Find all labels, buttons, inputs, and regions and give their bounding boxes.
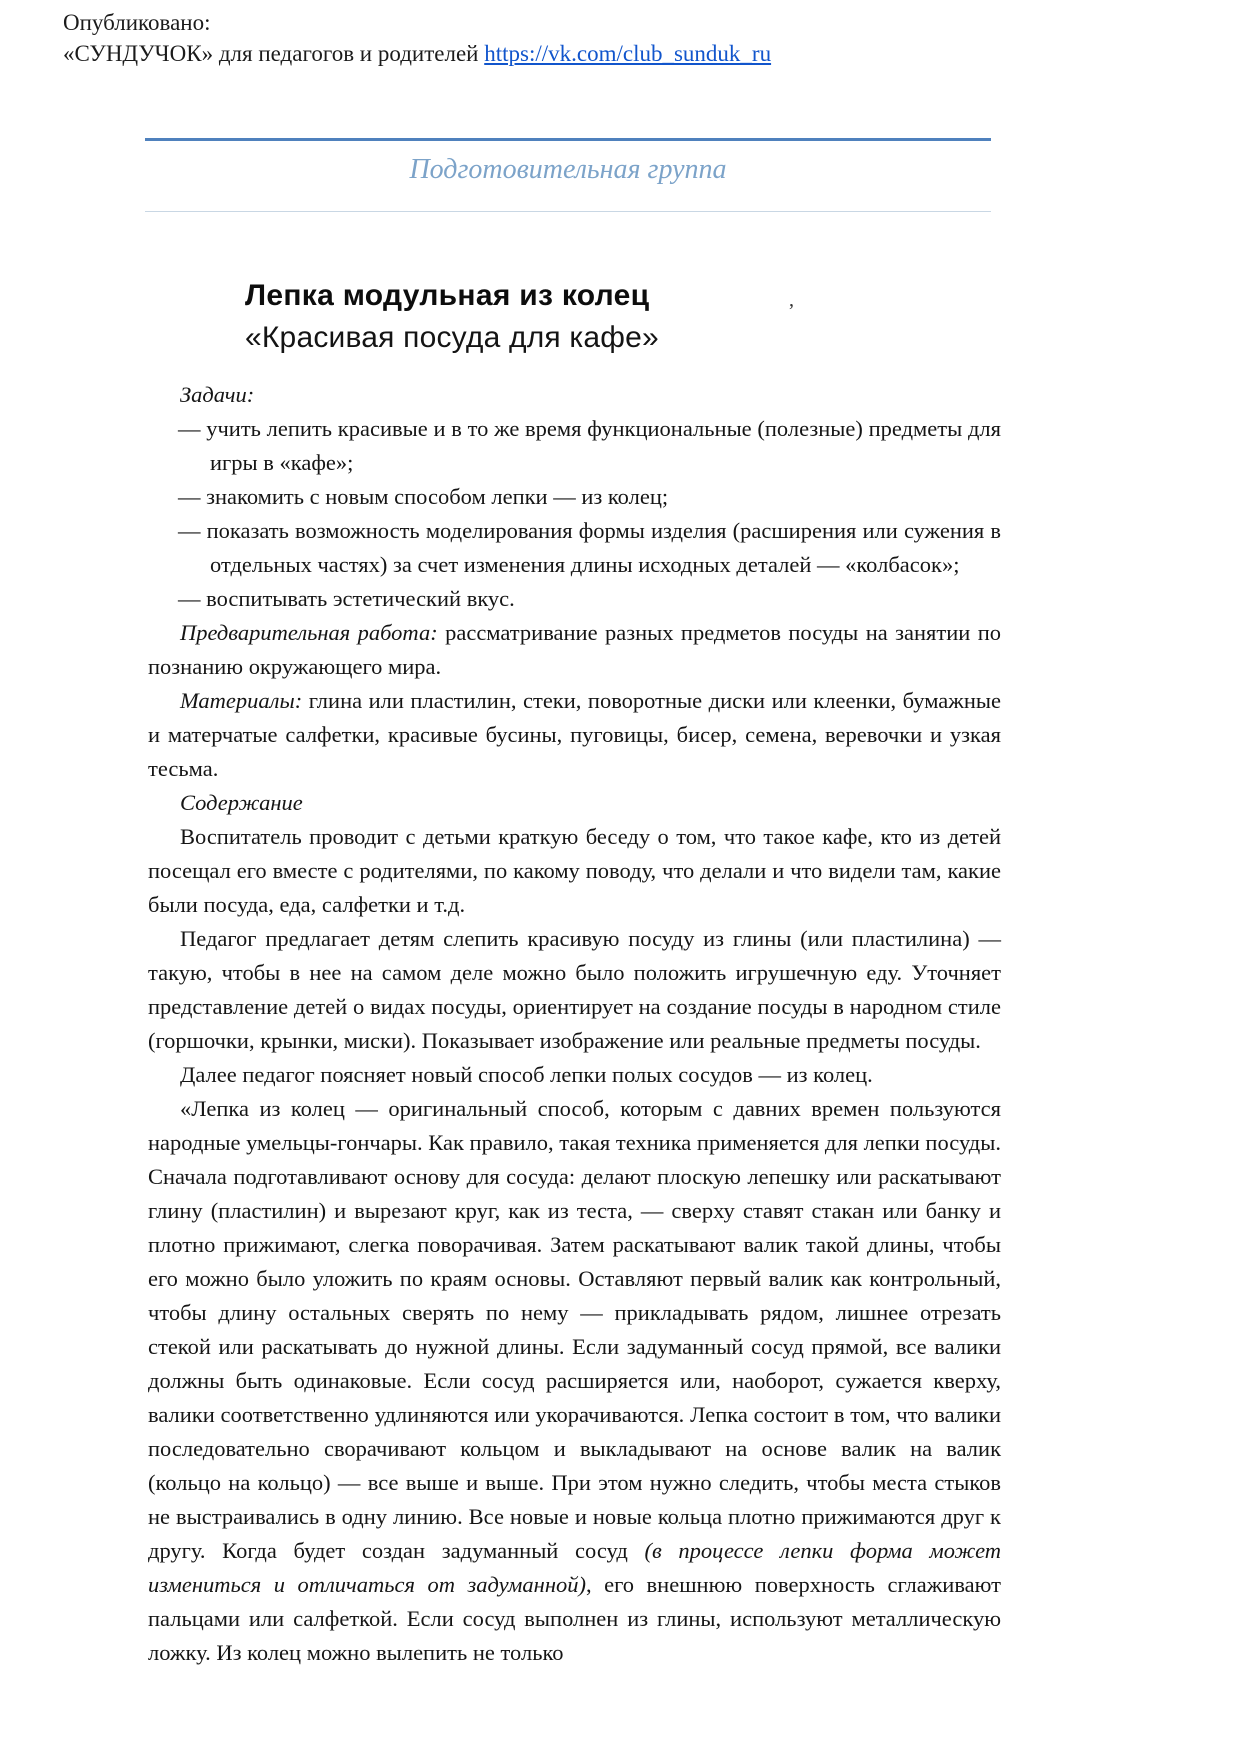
- top-divider-rule: [145, 138, 991, 141]
- lesson-subtitle: «Красивая посуда для кафе»: [245, 318, 1001, 358]
- technique-paragraph: «Лепка из колец — оригинальный способ, к…: [148, 1092, 1001, 1670]
- preliminary-work-label: Предварительная работа:: [180, 620, 438, 645]
- preliminary-work-paragraph: Предварительная работа: рассматривание р…: [148, 616, 1001, 684]
- task-item: — знакомить с новым способом лепки — из …: [178, 480, 1001, 514]
- banner-underline-rule: [145, 211, 991, 212]
- body-paragraph: Воспитатель проводит с детьми краткую бе…: [148, 820, 1001, 922]
- task-item: — показать возможность моделирования фор…: [178, 514, 1001, 582]
- task-item: — воспитывать эстетический вкус.: [178, 582, 1001, 616]
- materials-label: Материалы:: [180, 688, 302, 713]
- task-item: — учить лепить красивые и в то же время …: [178, 412, 1001, 480]
- tasks-heading: Задачи:: [148, 378, 1001, 412]
- group-banner-label: Подготовительная группа: [145, 150, 991, 190]
- published-source-line: «СУНДУЧОК» для педагогов и родителей htt…: [63, 39, 771, 69]
- body-paragraph: Далее педагог поясняет новый способ лепк…: [148, 1058, 1001, 1092]
- vk-club-link[interactable]: https://vk.com/club_sunduk_ru: [484, 41, 771, 66]
- lesson-body: Лепка модульная из колец «Красивая посуд…: [148, 276, 1001, 1670]
- lesson-text: Задачи: — учить лепить красивые и в то ж…: [148, 378, 1001, 1670]
- content-heading: Содержание: [148, 786, 1001, 820]
- lesson-title: Лепка модульная из колец: [245, 276, 1001, 316]
- source-name: «СУНДУЧОК» для педагогов и родителей: [63, 41, 484, 66]
- published-label: Опубликовано:: [63, 8, 771, 38]
- body-paragraph: Педагог предлагает детям слепить красиву…: [148, 922, 1001, 1058]
- published-header: Опубликовано: «СУНДУЧОК» для педагогов и…: [63, 8, 771, 69]
- technique-text-before: «Лепка из колец — оригинальный способ, к…: [148, 1096, 1001, 1563]
- materials-paragraph: Материалы: глина или пластилин, стеки, п…: [148, 684, 1001, 786]
